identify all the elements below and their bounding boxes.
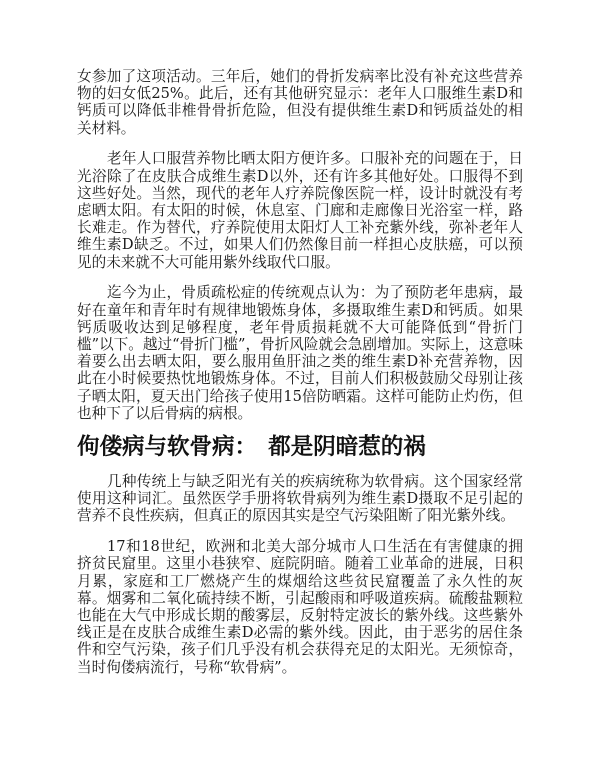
paragraph-3: 迄今为止，骨质疏松症的传统观点认为：为了预防老年患病，最好在童年和青年时有规律地… <box>77 284 523 422</box>
paragraph-1: 女参加了这项活动。三年后，她们的骨折发病率比没有补充这些营养物的妇女低25%。此… <box>77 68 523 137</box>
document-page: 女参加了这项活动。三年后，她们的骨折发病率比没有补充这些营养物的妇女低25%。此… <box>77 68 523 676</box>
section-heading: 佝偻病与软骨病： 都是阴暗惹的祸 <box>77 433 523 461</box>
paragraph-4: 几种传统上与缺乏阳光有关的疾病统称为软骨病。这个国家经常使用这种词汇。虽然医学手… <box>77 473 523 525</box>
paragraph-5: 17和18世纪，欧洲和北美大部分城市人口生活在有害健康的拥挤贫民窟里。这里小巷狭… <box>77 538 523 676</box>
paragraph-2: 老年人口服营养物比晒太阳方便许多。口服补充的问题在于，日光浴除了在皮肤合成维生素… <box>77 150 523 270</box>
